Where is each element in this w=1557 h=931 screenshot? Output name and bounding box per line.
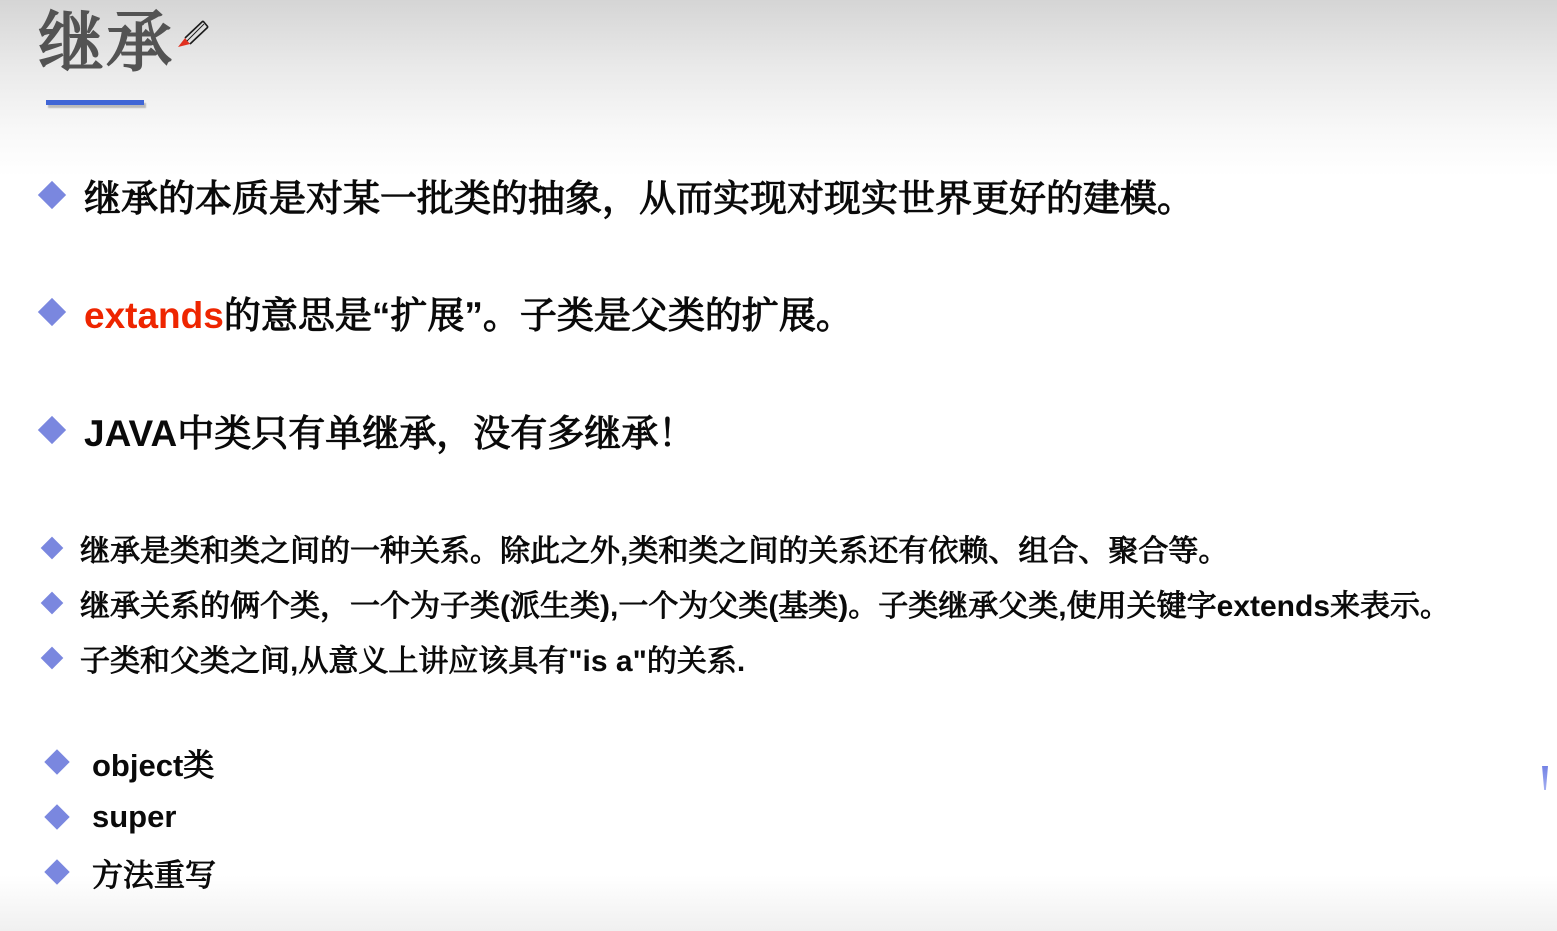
bullet-text: 方法重写 <box>92 850 216 895</box>
bullet-text: 继承关系的俩个类，一个为子类(派生类),一个为父类(基类)。子类继承父类,使用关… <box>80 581 1450 625</box>
bullet-item: object类 <box>42 737 214 787</box>
bullet-item: 子类和父类之间,从意义上讲应该具有"is a"的关系. <box>38 633 745 683</box>
diamond-bullet-icon <box>44 749 69 774</box>
bullet-text: object类 <box>92 740 214 785</box>
diamond-bullet-icon <box>44 859 69 884</box>
bullet-text: 继承的本质是对某一批类的抽象，从而实现对现实世界更好的建模。 <box>84 168 1194 222</box>
bullet-item: JAVA中类只有单继承，没有多继承！ <box>36 405 695 455</box>
bullet-item: 继承是类和类之间的一种关系。除此之外,类和类之间的关系还有依赖、组合、聚合等。 <box>38 523 1228 573</box>
diamond-bullet-icon <box>41 537 64 560</box>
bullet-item: super <box>42 792 176 842</box>
bullet-item: 方法重写 <box>42 847 216 897</box>
bullet-item: extands的意思是“扩展”。子类是父类的扩展。 <box>36 287 853 337</box>
slide-background: 继承 继承的本质是对某一批类的抽象，从而实现对现实世界更好的建模。 extand… <box>0 0 1557 931</box>
diamond-bullet-icon <box>41 647 64 670</box>
bullet-rest-text: 的意思是“扩展”。子类是父类的扩展。 <box>224 295 853 336</box>
bullet-item: 继承的本质是对某一批类的抽象，从而实现对现实世界更好的建模。 <box>36 170 1194 220</box>
diamond-bullet-icon <box>38 298 66 326</box>
diamond-bullet-icon <box>38 416 66 444</box>
bullet-text: super <box>92 799 176 835</box>
pen-stroke-mark <box>1541 766 1548 790</box>
bullet-text: extands的意思是“扩展”。子类是父类的扩展。 <box>84 285 853 339</box>
bullet-text: 子类和父类之间,从意义上讲应该具有"is a"的关系. <box>80 636 745 680</box>
page-title: 继承 <box>38 6 174 79</box>
diamond-bullet-icon <box>38 181 66 209</box>
bullet-text: 继承是类和类之间的一种关系。除此之外,类和类之间的关系还有依赖、组合、聚合等。 <box>80 526 1228 570</box>
diamond-bullet-icon <box>41 592 64 615</box>
title-underline <box>46 100 144 105</box>
bullet-item: 继承关系的俩个类，一个为子类(派生类),一个为父类(基类)。子类继承父类,使用关… <box>38 578 1450 628</box>
bullet-text: JAVA中类只有单继承，没有多继承！ <box>84 403 695 457</box>
bullet-highlight-text: extands <box>84 295 224 336</box>
diamond-bullet-icon <box>44 804 69 829</box>
pen-cursor-icon <box>170 16 214 60</box>
